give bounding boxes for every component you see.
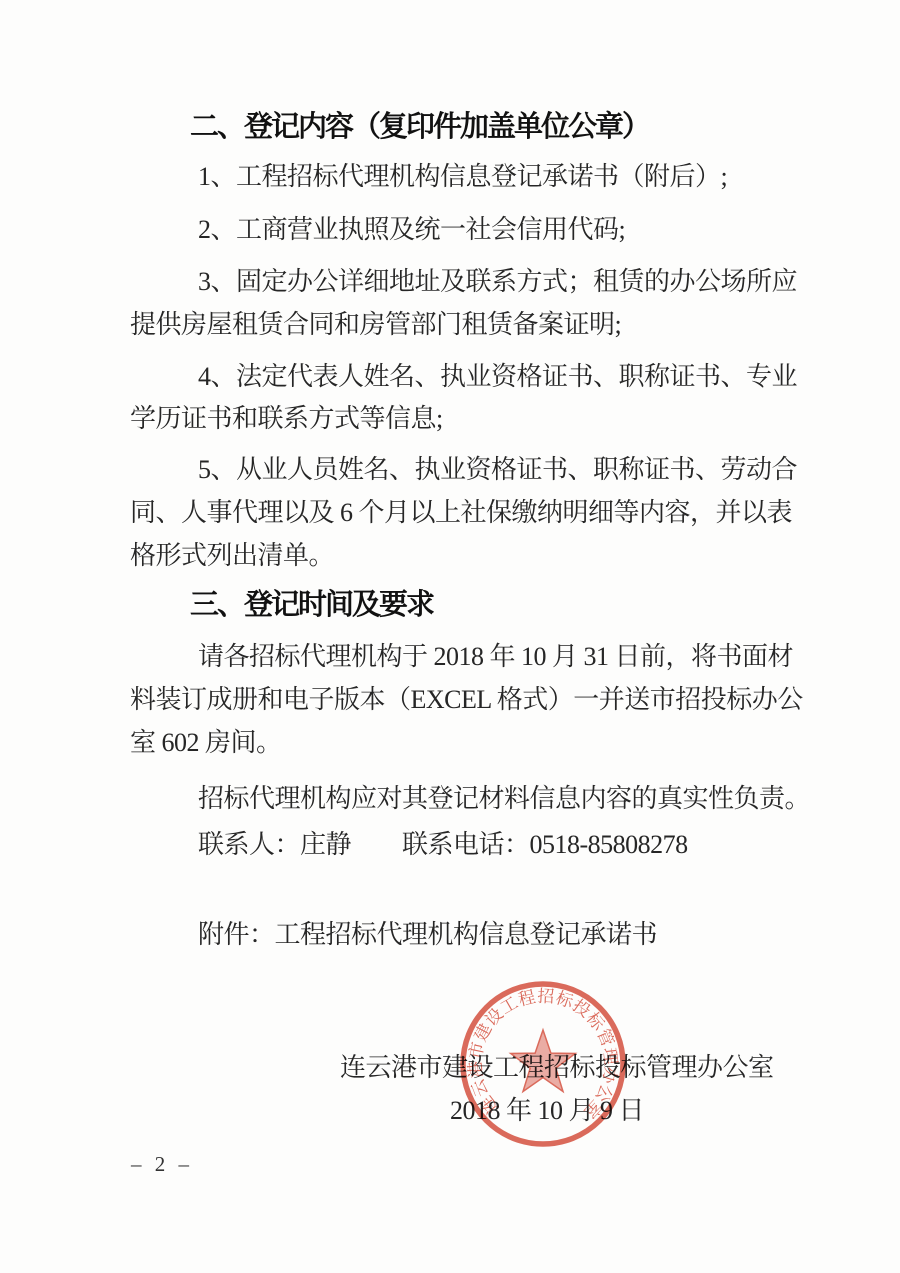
page-number: – 2 – bbox=[131, 1147, 193, 1181]
list-item-2: 2、工商营业执照及统一社会信用代码; bbox=[198, 213, 625, 247]
section-3-heading: 三、登记时间及要求 bbox=[190, 588, 433, 622]
list-item-1: 1、工程招标代理机构信息登记承诺书（附后）; bbox=[198, 160, 727, 194]
scanned-document-page: 二、登记内容（复印件加盖单位公章） 1、工程招标代理机构信息登记承诺书（附后）;… bbox=[0, 0, 900, 1273]
deadline-paragraph-line-3: 室 602 房间。 bbox=[130, 726, 282, 760]
section-2-heading: 二、登记内容（复印件加盖单位公章） bbox=[190, 110, 649, 144]
list-item-5-line-2: 同、人事代理以及 6 个月以上社保缴纳明细等内容，并以表 bbox=[130, 496, 792, 530]
list-item-4-line-1: 4、法定代表人姓名、执业资格证书、职称证书、专业 bbox=[198, 360, 797, 394]
responsibility-paragraph: 招标代理机构应对其登记材料信息内容的真实性负责。 bbox=[198, 782, 810, 816]
contact-line: 联系人：庄静 联系电话：0518-85808278 bbox=[198, 828, 688, 862]
list-item-5-line-1: 5、从业人员姓名、执业资格证书、职称证书、劳动合 bbox=[198, 453, 797, 487]
list-item-3-line-2: 提供房屋租赁合同和房管部门租赁备案证明; bbox=[130, 308, 621, 342]
list-item-3-line-1: 3、固定办公详细地址及联系方式；租赁的办公场所应 bbox=[198, 265, 797, 299]
official-seal-stamp-icon: 连云港市建设工程招标投标管理办公室 bbox=[433, 954, 653, 1174]
deadline-paragraph-line-2: 料装订成册和电子版本（EXCEL 格式）一并送市招投标办公 bbox=[130, 683, 803, 717]
seal-star-icon bbox=[511, 1030, 576, 1092]
attachment-line: 附件：工程招标代理机构信息登记承诺书 bbox=[198, 918, 657, 952]
list-item-5-line-3: 格形式列出清单。 bbox=[130, 539, 334, 573]
deadline-paragraph-line-1: 请各招标代理机构于 2018 年 10 月 31 日前，将书面材 bbox=[198, 640, 793, 674]
list-item-4-line-2: 学历证书和联系方式等信息; bbox=[130, 402, 443, 436]
